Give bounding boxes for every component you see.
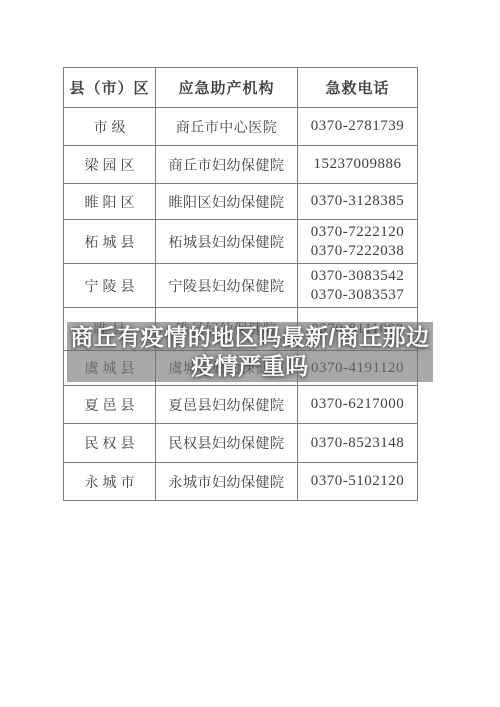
district-cell: 睢阳区 <box>64 184 156 220</box>
table-row: 永城市 永城市妇幼保健院 0370-5102120 <box>64 463 418 501</box>
watermark-overlay: 商丘有疫情的地区吗最新/商丘那边 疫情严重吗 <box>67 322 433 382</box>
institution-cell: 商丘市妇幼保健院 <box>156 146 298 184</box>
phone-cell: 0370-2781739 <box>298 108 418 146</box>
institution-cell: 永城市妇幼保健院 <box>156 463 298 501</box>
phone-number: 0370-5102120 <box>298 472 417 491</box>
emergency-contacts-table: 县（市）区 应急助产机构 急救电话 市级 商丘市中心医院 0370-278173… <box>63 67 418 501</box>
phone-cell: 0370-3128385 <box>298 184 418 220</box>
phone-number: 0370-2781739 <box>298 117 417 136</box>
district-cell: 柘城县 <box>64 220 156 264</box>
table-row: 市级 商丘市中心医院 0370-2781739 <box>64 108 418 146</box>
phone-number: 0370-6217000 <box>298 395 417 414</box>
table-row: 柘城县 柘城县妇幼保健院 0370-72221200370-7222038 <box>64 220 418 264</box>
institution-cell: 民权县妇幼保健院 <box>156 424 298 463</box>
phone-cell: 0370-5102120 <box>298 463 418 501</box>
table-row: 民权县 民权县妇幼保健院 0370-8523148 <box>64 424 418 463</box>
table-row: 宁陵县 宁陵县妇幼保健院 0370-30835420370-3083537 <box>64 264 418 308</box>
phone-number: 0370-7222120 <box>298 223 417 242</box>
phone-number: 0370-3128385 <box>298 192 417 211</box>
phone-cell: 0370-72221200370-7222038 <box>298 220 418 264</box>
phone-cell: 15237009886 <box>298 146 418 184</box>
phone-number: 0370-7222038 <box>298 242 417 261</box>
institution-cell: 夏邑县妇幼保健院 <box>156 386 298 424</box>
phone-number: 15237009886 <box>298 155 417 174</box>
col-header-institution: 应急助产机构 <box>156 68 298 108</box>
district-cell: 永城市 <box>64 463 156 501</box>
page: 县（市）区 应急助产机构 急救电话 市级 商丘市中心医院 0370-278173… <box>0 0 500 707</box>
watermark-line-1: 商丘有疫情的地区吗最新/商丘那边 <box>70 323 429 352</box>
phone-number: 0370-3083542 <box>298 267 417 286</box>
phone-number: 0370-3083537 <box>298 286 417 305</box>
table-header-row: 县（市）区 应急助产机构 急救电话 <box>64 68 418 108</box>
district-cell: 梁园区 <box>64 146 156 184</box>
col-header-phone: 急救电话 <box>298 68 418 108</box>
institution-cell: 商丘市中心医院 <box>156 108 298 146</box>
table-row: 夏邑县 夏邑县妇幼保健院 0370-6217000 <box>64 386 418 424</box>
district-cell: 市级 <box>64 108 156 146</box>
phone-cell: 0370-8523148 <box>298 424 418 463</box>
district-cell: 民权县 <box>64 424 156 463</box>
district-cell: 夏邑县 <box>64 386 156 424</box>
institution-cell: 柘城县妇幼保健院 <box>156 220 298 264</box>
phone-cell: 0370-30835420370-3083537 <box>298 264 418 308</box>
institution-cell: 睢阳区妇幼保健院 <box>156 184 298 220</box>
phone-number: 0370-8523148 <box>298 434 417 453</box>
table-row: 梁园区 商丘市妇幼保健院 15237009886 <box>64 146 418 184</box>
watermark-line-2: 疫情严重吗 <box>191 352 309 381</box>
table-row: 睢阳区 睢阳区妇幼保健院 0370-3128385 <box>64 184 418 220</box>
col-header-district: 县（市）区 <box>64 68 156 108</box>
institution-cell: 宁陵县妇幼保健院 <box>156 264 298 308</box>
phone-cell: 0370-6217000 <box>298 386 418 424</box>
district-cell: 宁陵县 <box>64 264 156 308</box>
